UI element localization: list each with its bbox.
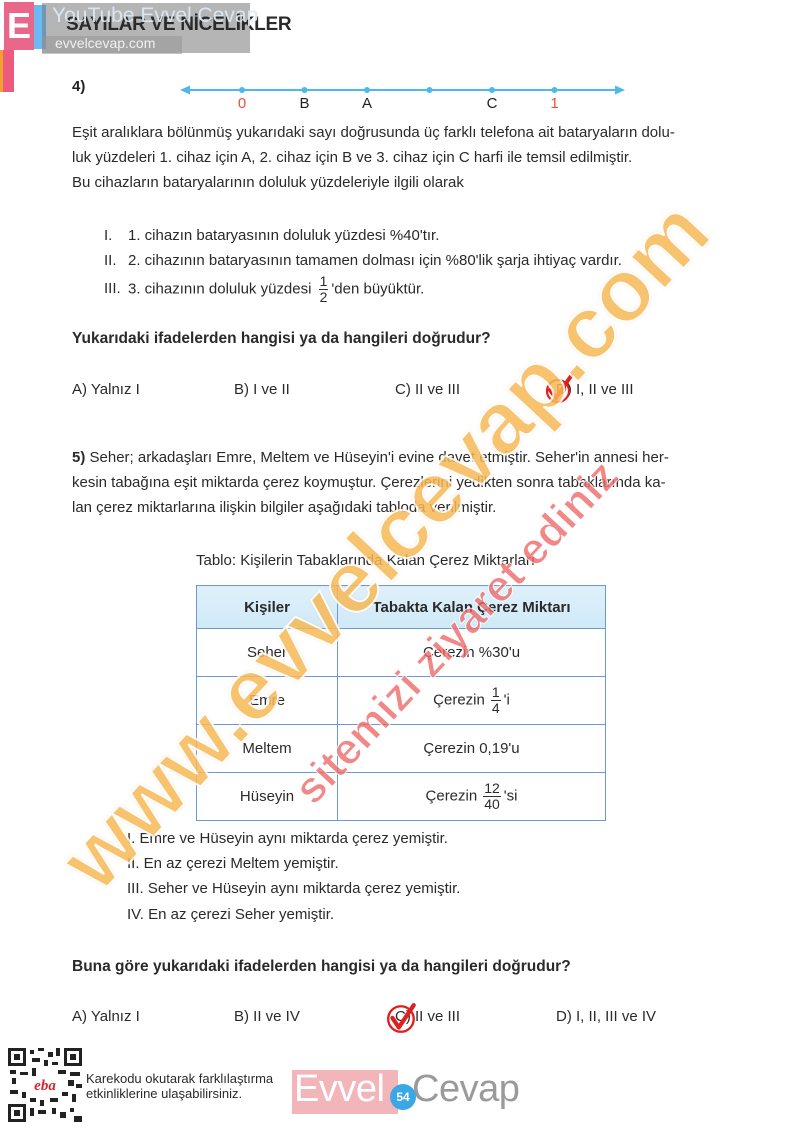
number-line-label: B xyxy=(295,95,315,112)
fraction-denominator: 4 xyxy=(491,701,501,716)
number-line: 0BAC1 xyxy=(180,80,625,110)
fraction-numerator: 1 xyxy=(319,274,329,290)
question-4-text-line: Eşit aralıklara bölünmüş yukarıdaki sayı… xyxy=(72,120,742,145)
q4-statement-3: III.3. cihazının doluluk yüzdesi 12'den … xyxy=(104,274,424,305)
amount-text: Çerezin 0,19'u xyxy=(423,740,519,757)
checkmark-icon xyxy=(385,1002,419,1036)
number-line-label: 1 xyxy=(545,95,565,112)
amount-text: Çerezin xyxy=(433,691,485,708)
table-cell-amount: Çerezin1240'si xyxy=(338,773,606,821)
amount-suffix: 'i xyxy=(504,691,510,708)
fraction: 12 xyxy=(319,274,329,305)
number-line-tick xyxy=(427,87,433,93)
qr-instruction-text: Karekodu okutarak farklılaştırma etkinli… xyxy=(86,1071,273,1101)
q5-statement-4: IV. En az çerezi Seher yemiştir. xyxy=(127,906,334,923)
number-line-tick xyxy=(239,87,245,93)
question-5-prompt: Buna göre yukarıdaki ifadelerden hangisi… xyxy=(72,958,571,976)
fraction: 14 xyxy=(491,685,501,716)
number-line-tick xyxy=(302,87,308,93)
q4-statement-2: II.2. cihazının bataryasının tamamen dol… xyxy=(104,252,622,269)
fraction: 1240 xyxy=(483,781,501,812)
number-line-label: C xyxy=(482,95,502,112)
number-line-tick xyxy=(489,87,495,93)
q5-choice-d[interactable]: D) I, II, III ve IV xyxy=(556,1008,656,1025)
number-line-label: 0 xyxy=(232,95,252,112)
q4-statement-1: I.1. cihazın bataryasının doluluk yüzdes… xyxy=(104,227,439,244)
q4-choice-b[interactable]: B) I ve II xyxy=(234,381,290,398)
fraction-numerator: 1 xyxy=(491,685,501,701)
statement-text: 'den büyüktür. xyxy=(331,280,424,297)
statement-numeral: II. xyxy=(104,252,128,269)
number-line-tick xyxy=(552,87,558,93)
statement-text: 1. cihazın bataryasının doluluk yüzdesi … xyxy=(128,227,439,244)
question-4-prompt: Yukarıdaki ifadelerden hangisi ya da han… xyxy=(72,330,491,348)
q5-choice-b[interactable]: B) II ve IV xyxy=(234,1008,300,1025)
amount-suffix: 'si xyxy=(504,787,518,804)
q4-choice-a[interactable]: A) Yalnız I xyxy=(72,381,140,398)
statement-numeral: I. xyxy=(104,227,128,244)
qr-text-line: etkinliklerine ulaşabilirsiniz. xyxy=(86,1086,273,1101)
amount-text: Çerezin xyxy=(426,787,478,804)
fraction-denominator: 40 xyxy=(483,797,501,812)
question-4-text-line: luk yüzdeleri 1. cihaz için A, 2. cihaz … xyxy=(72,145,742,170)
publisher-logo: E xyxy=(4,2,34,50)
q5-choice-a[interactable]: A) Yalnız I xyxy=(72,1008,140,1025)
fraction-denominator: 2 xyxy=(319,290,329,305)
question-4-number: 4) xyxy=(72,78,85,95)
statement-text: 2. cihazının bataryasının tamamen dolmas… xyxy=(128,252,622,269)
svg-text:eba: eba xyxy=(34,1078,56,1094)
qr-code-icon[interactable]: eba xyxy=(8,1048,82,1122)
qr-text-line: Karekodu okutarak farklılaştırma xyxy=(86,1071,273,1086)
q5-statement-3: III. Seher ve Hüseyin aynı miktarda çere… xyxy=(127,880,460,897)
q4-choice-c[interactable]: C) II ve III xyxy=(395,381,460,398)
page-number: 54 xyxy=(390,1084,416,1110)
side-tab-accent xyxy=(0,50,3,92)
statement-numeral: III. xyxy=(104,280,128,297)
brand-cevap-text: Cevap xyxy=(412,1068,519,1111)
youtube-overlay-text: YouTube Evvel Cevap xyxy=(52,4,258,28)
statement-text: 3. cihazının doluluk yüzdesi xyxy=(128,280,311,297)
question-4-text: Eşit aralıklara bölünmüş yukarıdaki sayı… xyxy=(72,120,742,195)
fraction-numerator: 12 xyxy=(483,781,501,797)
number-line-tick xyxy=(364,87,370,93)
site-overlay-text: evvelcevap.com xyxy=(55,35,155,51)
brand-evvel-text: Evvel xyxy=(294,1068,384,1111)
question-4-text-line: Bu cihazların bataryalarının doluluk yüz… xyxy=(72,170,742,195)
question-5-number: 5) xyxy=(72,449,85,466)
table-row: HüseyinÇerezin1240'si xyxy=(197,773,606,821)
number-line-label: A xyxy=(357,95,377,112)
